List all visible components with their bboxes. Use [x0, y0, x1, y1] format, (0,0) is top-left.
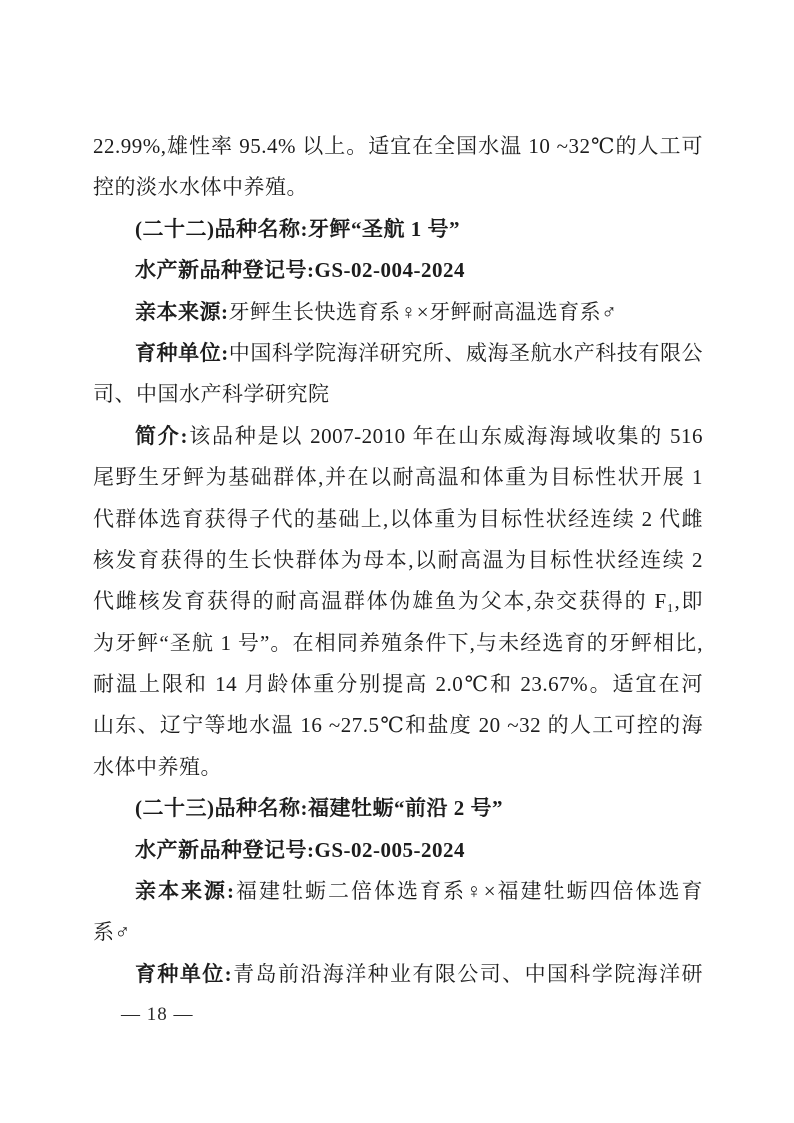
field-text: 为牙鲆“圣航 1 号”。在相同养殖条件下,与未经选育的牙鲆相比,	[93, 631, 703, 655]
field-text: 系♂	[93, 920, 131, 944]
field-label: 育种单位:	[135, 341, 229, 365]
parent-source-line: 系♂	[93, 912, 703, 953]
field-text: 核发育获得的生长快群体为母本,以耐高温为目标性状经连续 2	[93, 548, 703, 572]
parent-source-line: 亲本来源:福建牡蛎二倍体选育系♀×福建牡蛎四倍体选育	[93, 871, 703, 912]
breeding-unit-line: 育种单位:青岛前沿海洋种业有限公司、中国科学院海洋研	[93, 954, 703, 995]
field-label: (二十二)品种名称:牙鲆“圣航 1 号”	[135, 217, 460, 241]
section-22-heading: (二十二)品种名称:牙鲆“圣航 1 号”	[93, 209, 703, 250]
field-text: 牙鲆生长快选育系♀×牙鲆耐高温选育系♂	[229, 300, 618, 324]
document-page: 22.99%,雄性率 95.4% 以上。适宜在全国水温 10 ~32℃的人工可控…	[0, 0, 794, 1123]
field-text: 水体中养殖。	[93, 755, 222, 779]
breeding-unit-line: 育种单位:中国科学院海洋研究所、威海圣航水产科技有限公	[93, 333, 703, 374]
introduction-line: 简介:该品种是以 2007-2010 年在山东威海海域收集的 516	[93, 416, 703, 457]
field-text: 控的淡水水体中养殖。	[93, 175, 308, 199]
field-label: 育种单位:	[135, 962, 232, 986]
registration-number-line: 水产新品种登记号:GS-02-005-2024	[93, 830, 703, 871]
field-text: 尾野生牙鲆为基础群体,并在以耐高温和体重为目标性状开展 1	[93, 465, 703, 489]
field-text: 22.99%,雄性率 95.4% 以上。适宜在全国水温 10 ~32℃的人工可	[93, 134, 703, 158]
field-text: 司、中国水产科学研究院	[93, 382, 330, 406]
field-label: (二十三)品种名称:福建牡蛎“前沿 2 号”	[135, 796, 503, 820]
field-text: 代雌核发育获得的耐高温群体伪雄鱼为父本,杂交获得的 F₁,即	[93, 589, 703, 613]
section-23-heading: (二十三)品种名称:福建牡蛎“前沿 2 号”	[93, 788, 703, 829]
field-label: 亲本来源:	[135, 879, 234, 903]
content-area: 22.99%,雄性率 95.4% 以上。适宜在全国水温 10 ~32℃的人工可控…	[93, 126, 703, 995]
registration-number-line: 水产新品种登记号:GS-02-004-2024	[93, 250, 703, 291]
field-text: 福建牡蛎二倍体选育系♀×福建牡蛎四倍体选育	[234, 879, 703, 903]
parent-source-line: 亲本来源:牙鲆生长快选育系♀×牙鲆耐高温选育系♂	[93, 292, 703, 333]
field-text: 青岛前沿海洋种业有限公司、中国科学院海洋研	[232, 962, 703, 986]
introduction-line: 耐温上限和 14 月龄体重分别提高 2.0℃和 23.67%。适宜在河北、	[93, 664, 703, 705]
introduction-line: 代群体选育获得子代的基础上,以体重为目标性状经连续 2 代雌	[93, 499, 703, 540]
body-text-line: 22.99%,雄性率 95.4% 以上。适宜在全国水温 10 ~32℃的人工可	[93, 126, 703, 167]
field-text: 山东、辽宁等地水温 16 ~27.5℃和盐度 20 ~32 的人工可控的海水	[93, 713, 703, 746]
body-text-line: 控的淡水水体中养殖。	[93, 167, 703, 208]
field-label: 水产新品种登记号:GS-02-005-2024	[135, 838, 465, 862]
introduction-line: 核发育获得的生长快群体为母本,以耐高温为目标性状经连续 2	[93, 540, 703, 581]
field-text: 代群体选育获得子代的基础上,以体重为目标性状经连续 2 代雌	[93, 507, 703, 531]
introduction-line: 山东、辽宁等地水温 16 ~27.5℃和盐度 20 ~32 的人工可控的海水	[93, 705, 703, 746]
field-text: 耐温上限和 14 月龄体重分别提高 2.0℃和 23.67%。适宜在河北、	[93, 672, 703, 705]
introduction-line: 代雌核发育获得的耐高温群体伪雄鱼为父本,杂交获得的 F₁,即	[93, 581, 703, 622]
field-text: 中国科学院海洋研究所、威海圣航水产科技有限公	[229, 341, 703, 365]
field-label: 简介:	[135, 424, 188, 448]
breeding-unit-line: 司、中国水产科学研究院	[93, 374, 703, 415]
introduction-line: 尾野生牙鲆为基础群体,并在以耐高温和体重为目标性状开展 1	[93, 457, 703, 498]
field-text: 该品种是以 2007-2010 年在山东威海海域收集的 516	[188, 424, 703, 448]
page-number: — 18 —	[121, 1004, 194, 1026]
field-label: 亲本来源:	[135, 300, 229, 324]
field-label: 水产新品种登记号:GS-02-004-2024	[135, 258, 465, 282]
introduction-line: 为牙鲆“圣航 1 号”。在相同养殖条件下,与未经选育的牙鲆相比,	[93, 623, 703, 664]
introduction-line: 水体中养殖。	[93, 747, 703, 788]
